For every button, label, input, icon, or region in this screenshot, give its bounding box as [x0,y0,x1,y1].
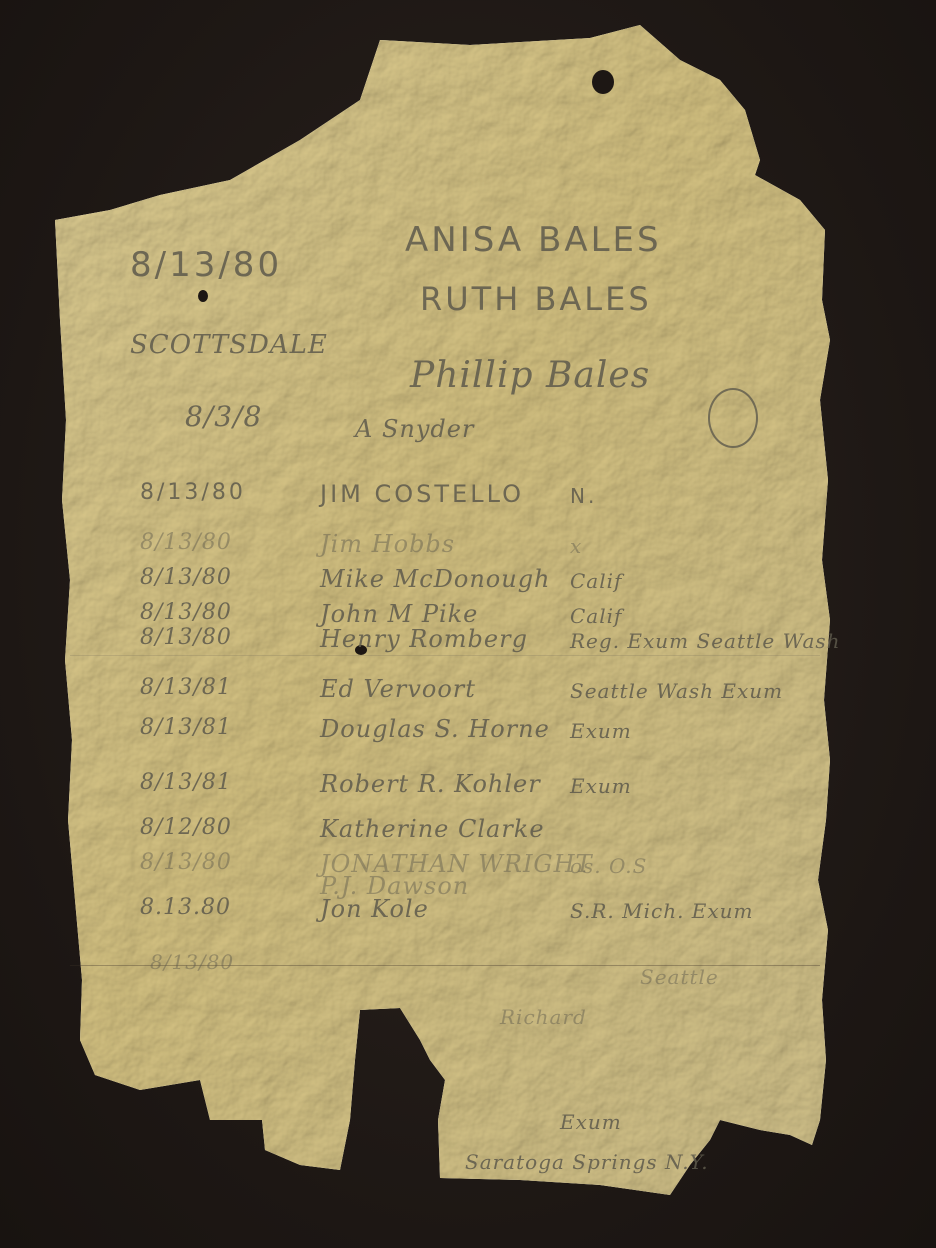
entry-name: Jim Hobbs [320,530,455,558]
paper-fold-line [70,655,820,656]
entry-name: JIM COSTELLO [320,480,524,508]
entry-date: 8/13/80 [140,850,232,875]
entry-date: 8/13/80 [140,480,246,505]
entry-name: Mike McDonough [320,565,551,593]
entry-date: 8/13/80 [140,625,232,650]
handwritten-line: 8/13/80 [130,245,282,285]
entry-date: 8/13/81 [140,715,232,740]
entry-name: Jon Kole [320,895,429,923]
entry-date: 8/13/81 [140,770,232,795]
handwritten-line: Seattle [640,965,719,989]
handwritten-line: ANISA BALES [405,220,662,260]
handwritten-line: Phillip Bales [410,355,650,396]
handwritten-line: RUTH BALES [420,280,652,318]
handwritten-line: Exum [560,1110,622,1134]
entry-note: Calif [570,604,622,628]
entry-note: os. O.S [570,854,647,878]
entry-note: Seattle Wash Exum [570,679,783,703]
handwritten-line: 8/3/8 [185,400,262,433]
entry-note: Reg. Exum Seattle Wash [570,629,841,653]
entry-note: Calif [570,569,622,593]
entry-date: 8.13.80 [140,895,231,920]
entry-note: S.R. Mich. Exum [570,899,754,923]
handwritten-line: A Snyder [355,415,474,443]
entry-name: Robert R. Kohler [320,770,541,798]
entry-name: Katherine Clarke [320,815,545,843]
handwritten-line: 8/13/80 [150,950,234,974]
handwritten-line: Richard [500,1005,587,1029]
entry-name: Henry Romberg [320,625,528,653]
entry-name: Ed Vervoort [320,675,476,703]
entry-note: x [570,534,582,558]
entry-note: Exum [570,719,632,743]
entry-name: Douglas S. Horne [320,715,550,743]
entry-name: John M Pike [320,600,478,628]
entry-date: 8/13/80 [140,600,232,625]
punch-hole [592,70,614,94]
small-tear-hole [198,290,208,302]
entry-date: 8/13/81 [140,675,232,700]
entry-date: 8/13/80 [140,565,232,590]
smiley-face-icon [708,388,758,448]
entry-date: 8/12/80 [140,815,232,840]
handwritten-line: Saratoga Springs N.Y. [465,1150,709,1174]
entry-date: 8/13/80 [140,530,232,555]
entry-note: Exum [570,774,632,798]
entry-note: N. [570,484,597,508]
handwritten-line: SCOTTSDALE [130,330,328,360]
